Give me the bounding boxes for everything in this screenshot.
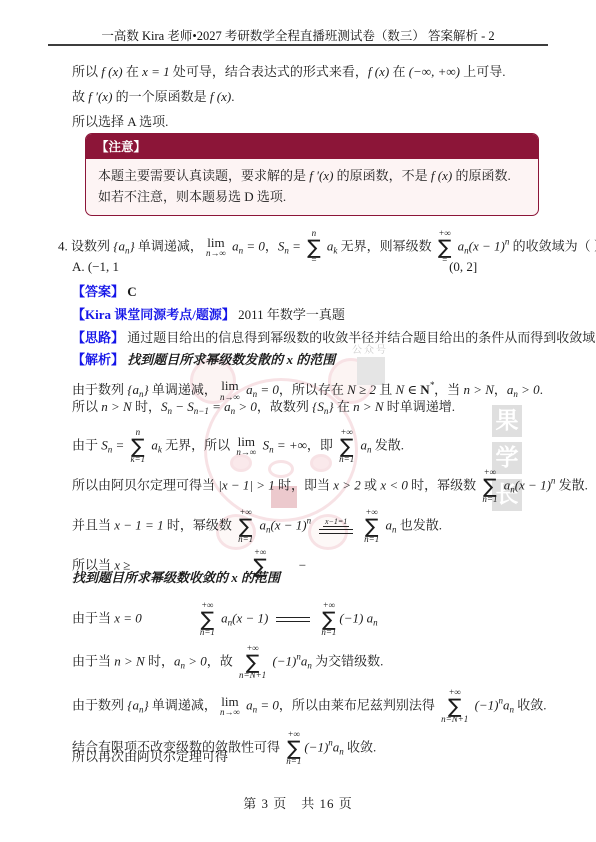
source-row: 【Kira 课堂同源考点/题源】 2011 年数学一真题 — [72, 307, 345, 323]
math-run: a — [357, 437, 367, 452]
superscript-run: n — [307, 515, 312, 525]
math-run: a — [218, 610, 228, 625]
sigma-glyph: ∑ — [438, 239, 451, 256]
text-run: 由于当 — [72, 653, 114, 668]
equals-condition: x−1=1 — [323, 518, 349, 527]
equals-annotation — [276, 617, 310, 622]
text-run: ，当 — [434, 382, 463, 397]
text-run: 上可导. — [460, 64, 506, 79]
solution-line-11: 所以再次由阿贝尔定理可得 — [72, 749, 228, 765]
math-run: x = 1 — [142, 64, 170, 79]
text-run: 的收敛域为（ ） — [509, 238, 596, 253]
lim-word: lim — [221, 379, 238, 393]
lim-word: lim — [238, 435, 255, 449]
text-run: 发散. — [555, 477, 588, 492]
math-run: {a — [127, 697, 139, 712]
text-run: 时，幂级数 — [408, 477, 480, 492]
sum-lower-limit: n=1 — [364, 535, 379, 545]
math-run: a — [454, 238, 464, 253]
limit-symbol: limn→∞ — [236, 435, 256, 459]
sum-lower-limit: n=1 — [321, 628, 336, 638]
header-rule — [48, 44, 548, 46]
math-run: a — [256, 517, 266, 532]
double-equals-bar — [319, 529, 353, 534]
section-label: 【答案】 — [72, 284, 124, 299]
text-run: 通过题目给出的信息得到幂级数的收敛半径并结合题目给出的条件从而得到收敛域 — [124, 330, 595, 345]
text-run: 时，幂级数 — [164, 517, 236, 532]
analysis-heading-row: 【解析】 找到题目所求幂级数发散的 x 的范围 — [72, 352, 335, 368]
math-run: f (x) — [368, 64, 389, 79]
content: 【注意】 本题主要需要认真读题，要求解的是 f ′(x) 的原函数，不是 f (… — [72, 0, 596, 842]
notice-body: 本题主要需要认真读题，要求解的是 f ′(x) 的原函数，不是 f (x) 的原… — [86, 159, 538, 215]
text-run: 时单调递增. — [384, 399, 456, 414]
text-run: 也发散. — [396, 517, 442, 532]
math-run: = +∞ — [274, 437, 307, 452]
text-run: 或 — [361, 477, 381, 492]
sigma-glyph: ∑ — [365, 518, 378, 535]
sum-symbol: +∞∑n=1 — [286, 730, 301, 767]
math-run: (−∞, +∞) — [409, 64, 460, 79]
options-row: A. (−1, 1(0, 2] — [72, 259, 477, 275]
solution-line-5: 并且当 x − 1 = 1 时，幂级数 +∞∑n=1 an(x − 1)nx−1… — [72, 508, 442, 545]
math-run: (−1) — [471, 697, 498, 712]
text-run: 所以选择 A 选项. — [72, 114, 168, 129]
math-run: a — [148, 437, 158, 452]
math-run: f (x) — [431, 168, 452, 183]
notice-box: 【注意】 本题主要需要认真读题，要求解的是 f ′(x) 的原函数，不是 f (… — [85, 133, 539, 216]
math-run: = 0 — [257, 382, 279, 397]
idea-row: 【思路】 通过题目给出的信息得到幂级数的收敛半径并结合题目给出的条件从而得到收敛… — [72, 330, 595, 346]
text-run: 由于数列 — [72, 382, 127, 397]
section-label: 【解析】 — [72, 352, 124, 367]
text-run: 发散. — [371, 437, 404, 452]
math-run: f ′(x) — [309, 168, 333, 183]
text-run: ，故数列 — [257, 399, 312, 414]
limit-symbol: limn→∞ — [220, 695, 240, 719]
math-run: x < 0 — [380, 477, 408, 492]
sum-symbol: n∑k=1 — [131, 428, 146, 465]
sum-symbol: +∞∑n=N+1 — [441, 688, 468, 725]
text-run: ，所以由莱布尼兹判别法得 — [279, 697, 438, 712]
sigma-glyph: ∑ — [131, 438, 144, 455]
text-run: 所以再次由阿贝尔定理可得 — [72, 749, 228, 764]
text-run: 时， — [145, 653, 174, 668]
text-run: 在 — [389, 64, 409, 79]
page-footer: 第 3 页 共 16 页 — [0, 793, 596, 812]
math-run: {a — [113, 238, 125, 253]
text-run: 4. 设数列 — [58, 238, 113, 253]
subscript-run: n−1 — [194, 406, 209, 416]
math-run: (x − 1) — [469, 238, 505, 253]
sum-symbol: +∞∑n=1 — [238, 508, 253, 545]
math-run: (x − 1) — [270, 517, 306, 532]
text-run: 由于 — [72, 437, 101, 452]
text-run: 无界，则幂级数 — [337, 238, 435, 253]
math-run: n > N — [114, 653, 144, 668]
math-run: a — [243, 697, 253, 712]
text-run: A. (−1, 1 — [72, 259, 119, 274]
text-run: 由于数列 — [72, 697, 127, 712]
math-run: = 0 — [257, 697, 279, 712]
text-run: 单调递减， — [149, 382, 217, 397]
text-run: 的一个原函数是 — [112, 89, 210, 104]
text-run: ， — [265, 238, 278, 253]
heading-run: 找到题目所求幂级数收敛的 x 的范围 — [72, 570, 280, 585]
text-run: 时， — [132, 399, 161, 414]
math-run: a — [243, 382, 253, 397]
sigma-glyph: ∑ — [307, 239, 320, 256]
math-run: n > N — [463, 382, 493, 397]
math-run: > 0 — [235, 399, 257, 414]
text-run: 2011 年数学一真题 — [235, 307, 345, 322]
text-run: 收敛. — [344, 739, 377, 754]
math-run: a — [382, 517, 392, 532]
math-run: |x − 1| > 1 — [218, 477, 274, 492]
lim-subscript: n→∞ — [206, 249, 226, 259]
solution-line-4: 所以由阿贝尔定理可得当 |x − 1| > 1 时，即当 x > 2 或 x <… — [72, 468, 588, 505]
converge-heading-row: 找到题目所求幂级数收敛的 x 的范围 — [72, 570, 280, 586]
text-run: 故 — [72, 89, 88, 104]
math-run: a — [324, 238, 334, 253]
math-run: > 0 — [518, 382, 540, 397]
solution-line-2: 所以 n > N 时，Sn − Sn−1 = an > 0，故数列 {Sn} 在… — [72, 399, 455, 419]
sum-symbol: +∞∑n=1 — [364, 508, 379, 545]
subscript-run: n — [373, 617, 378, 627]
choice-line: 所以选择 A 选项. — [72, 114, 168, 130]
sum-symbol: +∞∑n=1 — [482, 468, 497, 505]
text-run: 的原函数，不是 — [333, 168, 431, 183]
text-run: 在 — [123, 64, 143, 79]
math-run: (x − 1) — [515, 477, 551, 492]
heading-run: 找到题目所求幂级数发散的 x 的范围 — [127, 352, 335, 367]
text-run: 无界，所以 — [162, 437, 234, 452]
math-run: − — [298, 557, 307, 572]
math-run: − S — [172, 399, 194, 414]
sigma-glyph: ∑ — [483, 478, 496, 495]
sigma-glyph: ∑ — [448, 698, 461, 715]
header-title: 一高数 Kira 老师•2027 考研数学全程直播班测试卷（数三） 答案解析 -… — [101, 29, 494, 43]
lim-word: lim — [207, 236, 224, 250]
text-run: 收敛. — [514, 697, 547, 712]
text-run: 单调递减， — [135, 238, 203, 253]
conclusion-line: 所以 f (x) 在 x = 1 处可导，结合表达式的形式来看，f (x) 在 … — [72, 64, 505, 80]
sum-lower-limit: n=1 — [482, 495, 497, 505]
math-run: (−1) — [304, 739, 328, 754]
text-run: 所以 — [72, 64, 101, 79]
sum-lower-limit: n=1 — [238, 535, 253, 545]
sigma-glyph: ∑ — [287, 740, 300, 757]
text-run: 由于当 — [72, 610, 114, 625]
double-equals-bar — [276, 617, 310, 622]
math-run: a — [500, 477, 510, 492]
sigma-glyph: ∑ — [201, 611, 214, 628]
text-run: 所以 — [72, 399, 101, 414]
math-run: {a — [127, 382, 139, 397]
text-run: 本题主要需要认真读题，要求解的是 — [98, 168, 309, 183]
math-run: n > N — [353, 399, 383, 414]
math-run: = 0 — [243, 238, 265, 253]
math-run: a — [229, 238, 239, 253]
equals-annotation: x−1=1 — [319, 518, 353, 534]
text-run: . — [231, 89, 234, 104]
text-run: (0, 2] — [449, 259, 477, 274]
sum-lower-limit: n=1 — [339, 455, 354, 465]
math-run: f ′(x) — [88, 89, 112, 104]
sigma-glyph: ∑ — [246, 654, 259, 671]
math-run: {S — [312, 399, 324, 414]
sum-symbol: +∞∑n=1 — [200, 601, 215, 638]
math-run: (−1) — [269, 653, 296, 668]
math-run: N ≥ 2 — [347, 382, 376, 397]
text-run: 处可导，结合表达式的形式来看， — [170, 64, 368, 79]
text-run: 在 — [334, 399, 354, 414]
text-run: 所以由阿贝尔定理可得当 — [72, 477, 218, 492]
sum-lower-limit: n=N+1 — [441, 715, 468, 725]
page: 一高数 Kira 老师•2027 考研数学全程直播班测试卷（数三） 答案解析 -… — [0, 0, 596, 842]
sigma-glyph: ∑ — [322, 611, 335, 628]
text-run: 且 — [376, 382, 396, 397]
bold-run: N — [420, 382, 429, 397]
lim-word: lim — [221, 695, 238, 709]
text-run: ，所以存在 — [279, 382, 347, 397]
sum-lower-limit: k=1 — [131, 455, 146, 465]
math-run: (−1) a — [339, 610, 373, 625]
sigma-glyph: ∑ — [239, 518, 252, 535]
math-run: n > N — [101, 399, 131, 414]
sum-symbol: +∞∑n=1 — [339, 428, 354, 465]
math-run: = a — [209, 399, 231, 414]
sum-lower-limit: n=N+1 — [239, 671, 266, 681]
bold-run: C — [124, 284, 137, 299]
text-run: 时，即当 — [275, 477, 334, 492]
solution-line-7: 由于当 x = 0+∞∑n=1 an(x − 1)+∞∑n=1(−1) an — [72, 601, 378, 638]
math-run: > 0 — [185, 653, 207, 668]
text-run: ， — [494, 382, 507, 397]
section-label: 【思路】 — [72, 330, 124, 345]
answer-row: 【答案】 C — [72, 284, 137, 300]
notice-title: 【注意】 — [86, 134, 538, 159]
text-run: 单调递减， — [149, 697, 217, 712]
sum-lower-limit: n=1 — [200, 628, 215, 638]
antiderivative-line: 故 f ′(x) 的一个原函数是 f (x). — [72, 89, 234, 105]
math-run: f (x) — [210, 89, 231, 104]
math-run: = — [289, 238, 304, 253]
math-run: (x − 1) — [232, 610, 268, 625]
math-run: N ∈ — [395, 382, 420, 397]
math-run: x > 2 — [333, 477, 361, 492]
lim-subscript: n→∞ — [220, 708, 240, 718]
lim-subscript: n→∞ — [236, 448, 256, 458]
text-run: ，即 — [307, 437, 336, 452]
text-run: ，故 — [207, 653, 236, 668]
section-label: 【Kira 课堂同源考点/题源】 — [72, 307, 235, 322]
math-run: x − 1 = 1 — [114, 517, 163, 532]
math-run: x = 0 — [114, 610, 142, 625]
math-run: f (x) — [101, 64, 122, 79]
text-run: 为交错级数. — [312, 653, 384, 668]
limit-symbol: limn→∞ — [206, 236, 226, 260]
text-run: . — [540, 382, 543, 397]
sum-lower-limit: n=1 — [286, 757, 301, 767]
sigma-glyph: ∑ — [340, 438, 353, 455]
math-run: = — [112, 437, 127, 452]
sum-symbol: +∞∑n=1 — [321, 601, 336, 638]
sum-symbol: +∞∑n=N+1 — [239, 644, 266, 681]
solution-line-9: 由于数列 {an} 单调递减，limn→∞ an = 0，所以由莱布尼兹判别法得… — [72, 688, 547, 725]
solution-line-8: 由于当 n > N 时，an > 0，故 +∞∑n=N+1 (−1)nan 为交… — [72, 644, 383, 681]
page-header: 一高数 Kira 老师•2027 考研数学全程直播班测试卷（数三） 答案解析 -… — [0, 26, 596, 44]
text-run: 并且当 — [72, 517, 114, 532]
math-run: S — [259, 437, 269, 452]
solution-line-3: 由于 Sn = n∑k=1 ak 无界，所以 limn→∞ Sn = +∞，即 … — [72, 428, 404, 465]
